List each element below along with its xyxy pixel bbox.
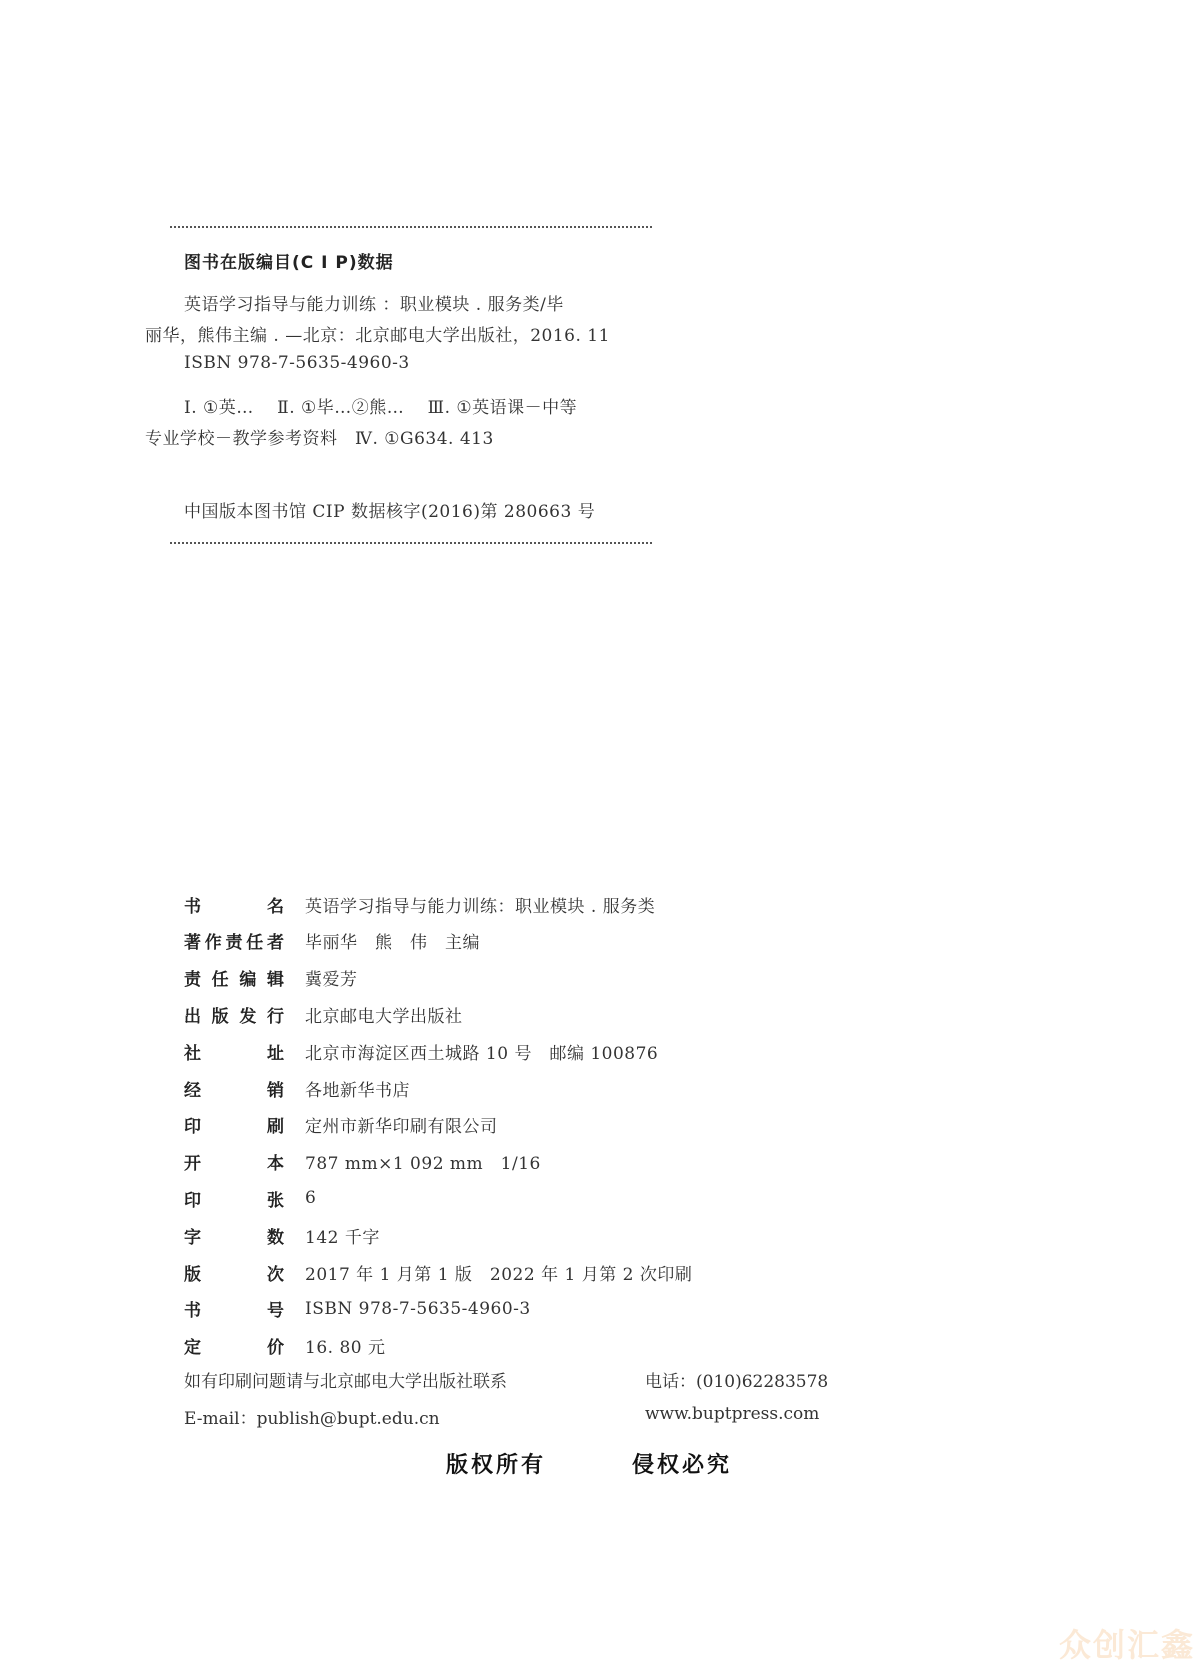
detail-row: 书名英语学习指导与能力训练：职业模块 . 服务类 bbox=[184, 892, 655, 916]
detail-row: 印张6 bbox=[184, 1186, 316, 1210]
detail-value: 787 mm×1 092 mm 1/16 bbox=[305, 1149, 541, 1174]
detail-value: 毕丽华 熊 伟 主编 bbox=[305, 928, 480, 953]
detail-label-char: 版 bbox=[184, 1260, 201, 1285]
detail-label-char: 行 bbox=[267, 1002, 284, 1027]
detail-label-char: 印 bbox=[184, 1112, 201, 1137]
detail-value: 北京市海淀区西土城路 10 号 邮编 100876 bbox=[305, 1039, 658, 1064]
detail-label-char: 责 bbox=[184, 965, 201, 990]
email: E-mail：publish@bupt.edu.cn bbox=[184, 1404, 440, 1429]
detail-label-char: 印 bbox=[184, 1186, 201, 1211]
cip-text-line: 丽华，熊伟主编 . —北京：北京邮电大学出版社，2016. 11 bbox=[145, 321, 610, 346]
detail-label: 印刷 bbox=[184, 1112, 284, 1137]
watermark-logo: 众创汇鑫 bbox=[1059, 1620, 1195, 1666]
detail-label: 版次 bbox=[184, 1260, 284, 1285]
detail-label-char: 字 bbox=[184, 1223, 201, 1248]
detail-label-char: 任 bbox=[212, 965, 229, 990]
detail-value: 北京邮电大学出版社 bbox=[305, 1002, 463, 1027]
detail-row: 出版发行北京邮电大学出版社 bbox=[184, 1002, 463, 1026]
detail-label-char: 张 bbox=[267, 1186, 284, 1211]
detail-label-char: 书 bbox=[184, 892, 201, 917]
detail-label: 社址 bbox=[184, 1039, 284, 1064]
detail-label-char: 版 bbox=[212, 1002, 229, 1027]
detail-row: 著作责任者毕丽华 熊 伟 主编 bbox=[184, 929, 480, 953]
detail-label-char: 责 bbox=[226, 928, 243, 953]
detail-label-char: 发 bbox=[239, 1002, 256, 1027]
detail-label-char: 书 bbox=[184, 1296, 201, 1321]
detail-value: 2017 年 1 月第 1 版 2022 年 1 月第 2 次印刷 bbox=[305, 1260, 692, 1285]
detail-label-char: 数 bbox=[267, 1223, 284, 1248]
detail-label: 字数 bbox=[184, 1223, 284, 1248]
detail-label-char: 任 bbox=[246, 928, 263, 953]
detail-label-char: 开 bbox=[184, 1149, 201, 1174]
detail-label-char: 号 bbox=[267, 1296, 284, 1321]
cip-classification: Ⅰ. ①英… Ⅱ. ①毕…②熊… Ⅲ. ①英语课－中等 bbox=[184, 393, 577, 418]
phone: 电话：(010)62283578 bbox=[645, 1367, 828, 1392]
detail-label: 印张 bbox=[184, 1186, 284, 1211]
printing-issue-note: 如有印刷问题请与北京邮电大学出版社联系 bbox=[184, 1367, 507, 1392]
detail-row: 书号ISBN 978-7-5635-4960-3 bbox=[184, 1297, 531, 1321]
detail-label: 开本 bbox=[184, 1149, 284, 1174]
detail-label-char: 名 bbox=[267, 892, 284, 917]
detail-label: 书名 bbox=[184, 892, 284, 917]
detail-label-char: 社 bbox=[184, 1039, 201, 1064]
detail-row: 社址北京市海淀区西土城路 10 号 邮编 100876 bbox=[184, 1039, 658, 1063]
detail-label-char: 价 bbox=[267, 1333, 284, 1358]
detail-label-char: 编 bbox=[239, 965, 256, 990]
detail-label-char: 定 bbox=[184, 1333, 201, 1358]
cip-title: 图书在版编目(C I P)数据 bbox=[184, 248, 394, 273]
detail-label: 责任编辑 bbox=[184, 965, 284, 990]
detail-label-char: 本 bbox=[267, 1149, 284, 1174]
detail-row: 开本787 mm×1 092 mm 1/16 bbox=[184, 1150, 541, 1174]
website: www.buptpress.com bbox=[645, 1404, 819, 1424]
detail-value: 142 千字 bbox=[305, 1223, 380, 1248]
detail-label-char: 出 bbox=[184, 1002, 201, 1027]
detail-label-char: 址 bbox=[267, 1039, 284, 1064]
detail-value: 16. 80 元 bbox=[305, 1333, 385, 1358]
detail-value: 6 bbox=[305, 1188, 316, 1208]
cip-record-number: 中国版本图书馆 CIP 数据核字(2016)第 280663 号 bbox=[184, 497, 595, 522]
detail-label: 著作责任者 bbox=[184, 928, 284, 953]
detail-value: 冀爱芳 bbox=[305, 965, 358, 990]
detail-label-char: 者 bbox=[267, 928, 284, 953]
detail-label: 经销 bbox=[184, 1076, 284, 1101]
cip-dotted-line-top bbox=[170, 226, 652, 228]
detail-label-char: 著 bbox=[184, 928, 201, 953]
detail-label-char: 经 bbox=[184, 1076, 201, 1101]
detail-value: 定州市新华印刷有限公司 bbox=[305, 1112, 498, 1137]
detail-row: 定价16. 80 元 bbox=[184, 1334, 385, 1358]
detail-label-char: 辑 bbox=[267, 965, 284, 990]
detail-value: 各地新华书店 bbox=[305, 1076, 410, 1101]
detail-row: 责任编辑冀爱芳 bbox=[184, 966, 358, 990]
detail-row: 印刷定州市新华印刷有限公司 bbox=[184, 1113, 498, 1137]
detail-row: 字数142 千字 bbox=[184, 1223, 380, 1247]
detail-label-char: 刷 bbox=[267, 1112, 284, 1137]
detail-label: 定价 bbox=[184, 1333, 284, 1358]
detail-value: ISBN 978-7-5635-4960-3 bbox=[305, 1299, 531, 1319]
cip-dotted-line-bottom bbox=[170, 542, 652, 544]
cip-isbn: ISBN 978-7-5635-4960-3 bbox=[184, 353, 410, 373]
infringement-notice: 侵权必究 bbox=[632, 1448, 732, 1479]
detail-row: 版次2017 年 1 月第 1 版 2022 年 1 月第 2 次印刷 bbox=[184, 1260, 692, 1284]
detail-label-char: 作 bbox=[205, 928, 222, 953]
cip-text-line: 英语学习指导与能力训练 ：职业模块 . 服务类/毕 bbox=[184, 290, 564, 315]
detail-label-char: 销 bbox=[267, 1076, 284, 1101]
detail-label: 书号 bbox=[184, 1296, 284, 1321]
copyright-notice: 版权所有 bbox=[446, 1448, 546, 1479]
detail-value: 英语学习指导与能力训练：职业模块 . 服务类 bbox=[305, 892, 655, 917]
cip-classification: 专业学校－教学参考资料 Ⅳ. ①G634. 413 bbox=[145, 424, 494, 449]
detail-label: 出版发行 bbox=[184, 1002, 284, 1027]
detail-row: 经销各地新华书店 bbox=[184, 1076, 410, 1100]
detail-label-char: 次 bbox=[267, 1260, 284, 1285]
